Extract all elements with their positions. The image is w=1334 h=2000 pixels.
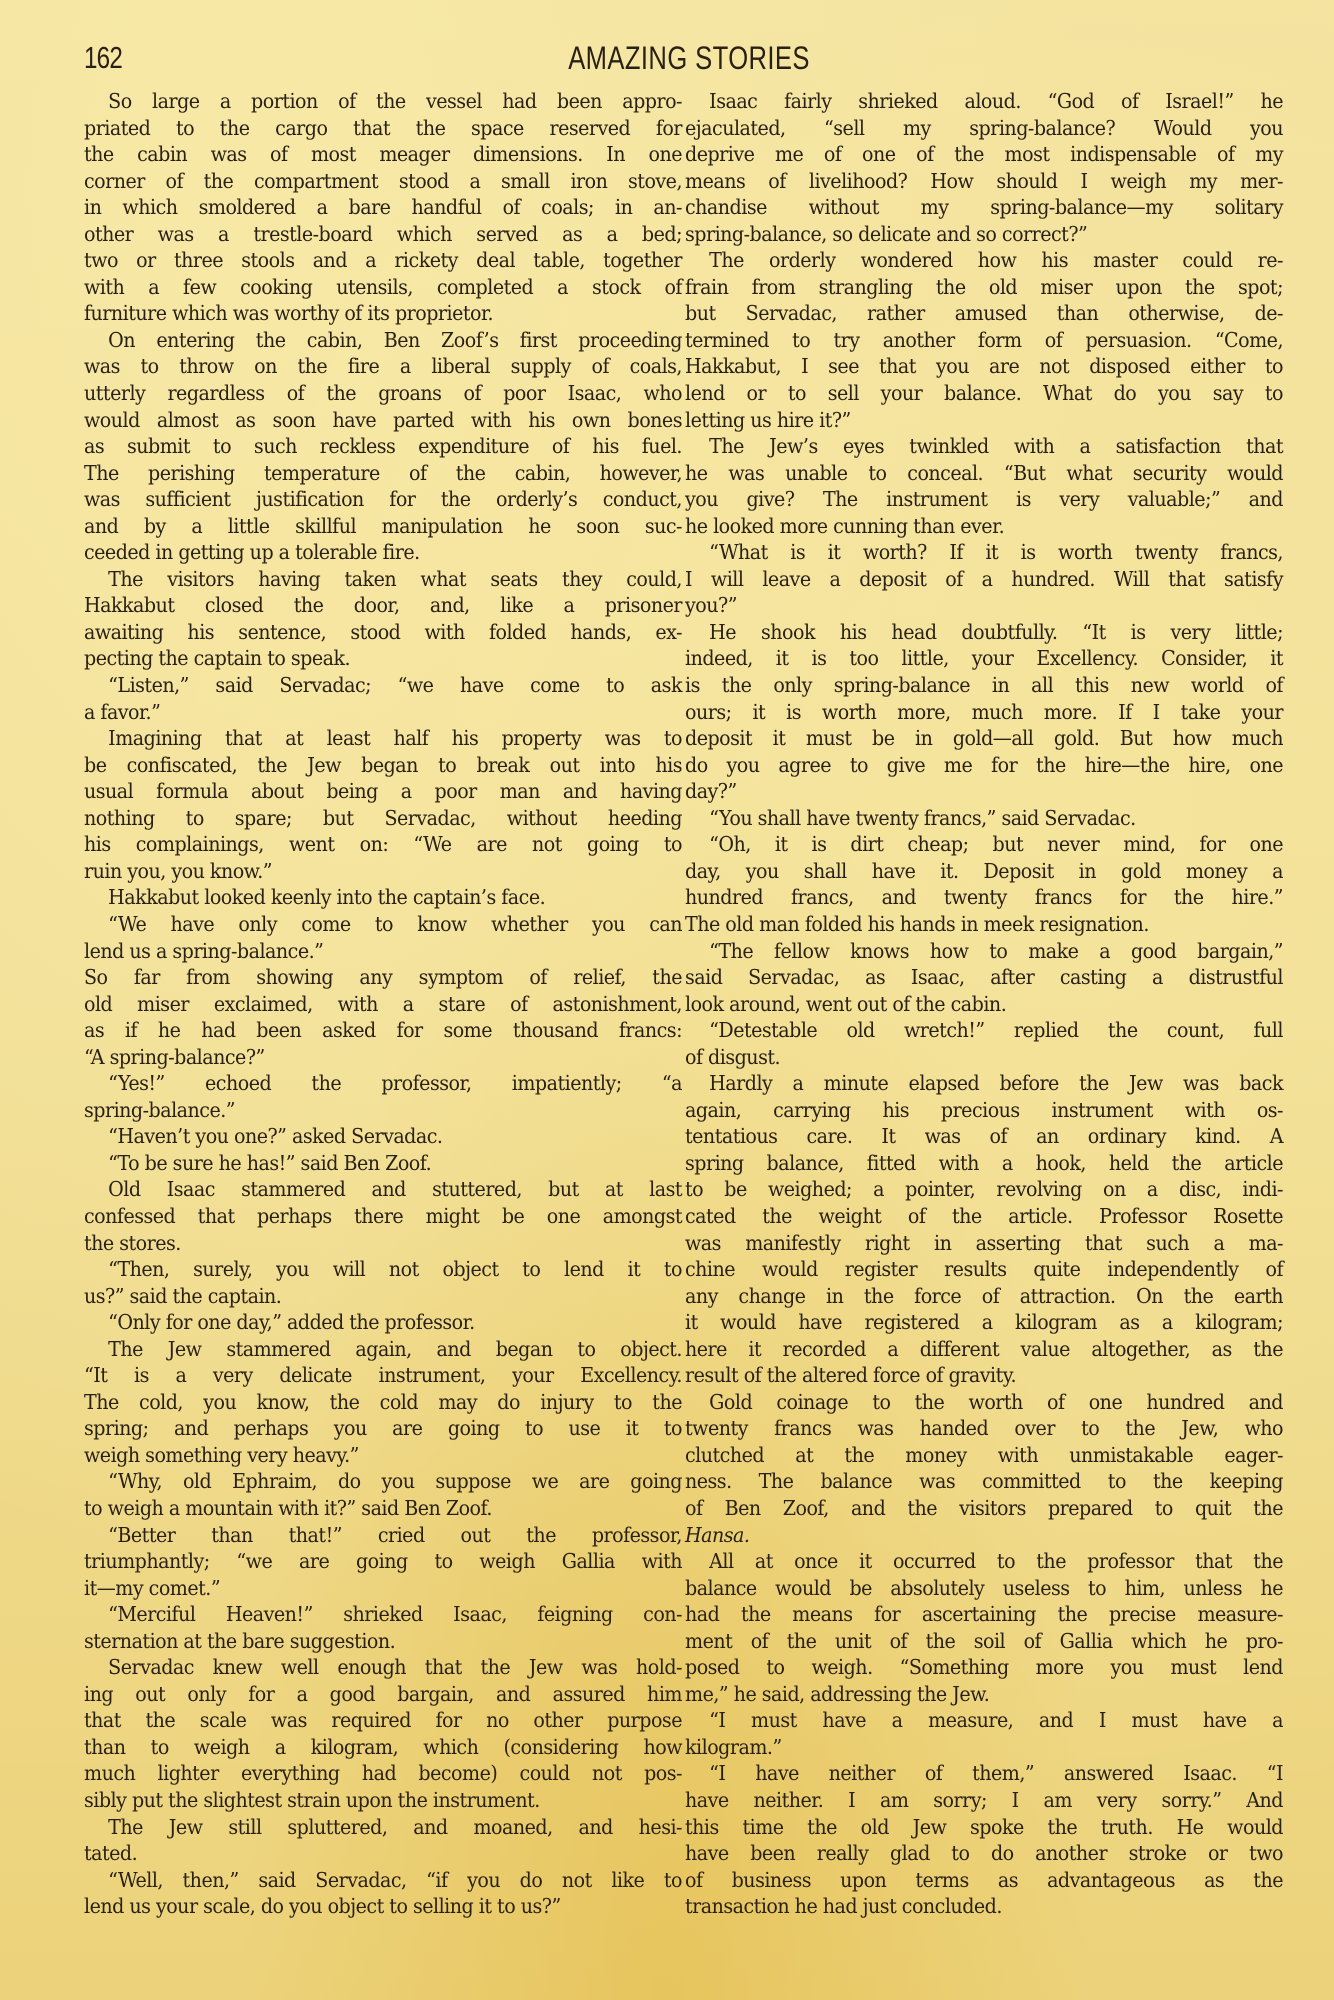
paragraph: Hardly a minute elapsed before the Jew w… [685, 1070, 1283, 1389]
text-line: He shook his head doubtfully. “It is ver… [685, 619, 1283, 646]
text-line: deposit it must be in gold—all gold. But… [685, 725, 1283, 752]
text-line: kilogram.” [685, 1734, 1283, 1761]
paragraph: “Well, then,” said Servadac, “if you do … [84, 1867, 682, 1920]
text-line: other was a trestle-board which served a… [84, 221, 682, 248]
text-line: two or three stools and a rickety deal t… [84, 247, 682, 274]
text-line: “I must have a measure, and I must have … [685, 1707, 1283, 1734]
text-line: with a few cooking utensils, completed a… [84, 274, 682, 301]
paragraph: Servadac knew well enough that the Jew w… [84, 1654, 682, 1813]
text-line: “Better than that!” cried out the profes… [84, 1522, 682, 1549]
text-line: the cabin was of most meager dimensions.… [84, 141, 682, 168]
text-line: lend us your scale, do you object to sel… [84, 1893, 682, 1920]
text-line: confessed that perhaps there might be on… [84, 1203, 682, 1230]
text-line: to weigh a mountain with it?” said Ben Z… [84, 1495, 682, 1522]
text-line: awaiting his sentence, stood with folded… [84, 619, 682, 646]
text-line: do you agree to give me for the hire—the… [685, 752, 1283, 779]
text-line: letting us hire it?” [685, 407, 1283, 434]
text-line: priated to the cargo that the space rese… [84, 115, 682, 142]
text-line: “A spring-balance?” [84, 1044, 682, 1071]
paragraph: “I must have a measure, and I must have … [685, 1707, 1283, 1760]
text-line: was manifestly right in asserting that s… [685, 1230, 1283, 1257]
text-line: All at once it occurred to the professor… [685, 1548, 1283, 1575]
text-line: pecting the captain to speak. [84, 645, 682, 672]
text-line: ours; it is worth more, much more. If I … [685, 699, 1283, 726]
paragraph: Gold coinage to the worth of one hundred… [685, 1389, 1283, 1548]
text-line: “We have only come to know whether you c… [84, 911, 682, 938]
paragraph: So large a portion of the vessel had bee… [84, 88, 682, 327]
text-line: and by a little skillful manipulation he… [84, 513, 682, 540]
text-line: of business upon terms as advantageous a… [685, 1867, 1283, 1894]
paragraph: “We have only come to know whether you c… [84, 911, 682, 964]
text-line: lend us a spring-balance.” [84, 938, 682, 965]
text-line: “The fellow knows how to make a good bar… [685, 938, 1283, 965]
text-line: furniture which was worthy of its propri… [84, 300, 682, 327]
text-line: Hardly a minute elapsed before the Jew w… [685, 1070, 1283, 1097]
text-line: Gold coinage to the worth of one hundred… [685, 1389, 1283, 1416]
text-line: day?” [685, 778, 1283, 805]
paragraph: The Jew’s eyes twinkled with a satisfact… [685, 433, 1283, 539]
text-line: spring-balance, so delicate and so corre… [685, 221, 1283, 248]
text-line: spring balance, fitted with a hook, held… [685, 1150, 1283, 1177]
text-line: again, carrying his precious instrument … [685, 1097, 1283, 1124]
text-line: means of livelihood? How should I weigh … [685, 168, 1283, 195]
text-line: “Yes!” echoed the professor, impatiently… [84, 1070, 682, 1097]
paragraph: “Why, old Ephraim, do you suppose we are… [84, 1468, 682, 1521]
text-line: frain from strangling the old miser upon… [685, 274, 1283, 301]
paragraph: Isaac fairly shrieked aloud. “God of Isr… [685, 88, 1283, 247]
text-line: “Why, old Ephraim, do you suppose we are… [84, 1468, 682, 1495]
paragraph: The orderly wondered how his master coul… [685, 247, 1283, 433]
magazine-page: 162 AMAZING STORIES So large a portion o… [0, 0, 1334, 2000]
text-line: Hakkabut looked keenly into the captain’… [84, 884, 682, 911]
text-line: Hansa. [685, 1522, 1283, 1549]
text-line: Imagining that at least half his propert… [84, 725, 682, 752]
text-line: The Jew’s eyes twinkled with a satisfact… [685, 433, 1283, 460]
text-line: us?” said the captain. [84, 1283, 682, 1310]
running-title: AMAZING STORIES [84, 40, 1294, 77]
text-line: as submit to such reckless expenditure o… [84, 433, 682, 460]
paragraph: “Haven’t you one?” asked Servadac. [84, 1123, 682, 1150]
text-line: Servadac knew well enough that the Jew w… [84, 1654, 682, 1681]
paragraph: Old Isaac stammered and stuttered, but a… [84, 1176, 682, 1256]
text-line: nothing to spare; but Servadac, without … [84, 805, 682, 832]
text-line: The visitors having taken what seats the… [84, 566, 682, 593]
text-line: “Listen,” said Servadac; “we have come t… [84, 672, 682, 699]
text-line: Old Isaac stammered and stuttered, but a… [84, 1176, 682, 1203]
text-line: deprive me of one of the most indispensa… [685, 141, 1283, 168]
text-line: be confiscated, the Jew began to break o… [84, 752, 682, 779]
text-line: have been really glad to do another stro… [685, 1840, 1283, 1867]
text-line: sibly put the slightest strain upon the … [84, 1787, 682, 1814]
paragraph: “You shall have twenty francs,” said Ser… [685, 805, 1283, 832]
text-line: “It is a very delicate instrument, your … [84, 1362, 682, 1389]
text-line: ruin you, you know.” [84, 858, 682, 885]
paragraph: “Then, surely, you will not object to le… [84, 1256, 682, 1309]
text-line: So large a portion of the vessel had bee… [84, 88, 682, 115]
text-line: “Oh, it is dirt cheap; but never mind, f… [685, 831, 1283, 858]
text-line: here it recorded a different value altog… [685, 1336, 1283, 1363]
text-line: So far from showing any symptom of relie… [84, 964, 682, 991]
text-line: transaction he had just concluded. [685, 1893, 1283, 1920]
text-line: he was unable to conceal. “But what secu… [685, 460, 1283, 487]
text-line: any change in the force of attraction. O… [685, 1283, 1283, 1310]
text-line: you?” [685, 592, 1283, 619]
text-line: said Servadac, as Isaac, after casting a… [685, 964, 1283, 991]
text-line: “Haven’t you one?” asked Servadac. [84, 1123, 682, 1150]
text-line: The Jew stammered again, and began to ob… [84, 1336, 682, 1363]
text-line: weigh something very heavy.” [84, 1442, 682, 1469]
paragraph: “I have neither of them,” answered Isaac… [685, 1760, 1283, 1919]
text-line: corner of the compartment stood a small … [84, 168, 682, 195]
text-line: than to weigh a kilogram, which (conside… [84, 1734, 682, 1761]
text-line: ceeded in getting up a tolerable fire. [84, 539, 682, 566]
text-line: of Ben Zoof, and the visitors prepared t… [685, 1495, 1283, 1522]
text-line: clutched at the money with unmistakable … [685, 1442, 1283, 1469]
text-line: ejaculated, “sell my spring-balance? Wou… [685, 115, 1283, 142]
text-line: “To be sure he has!” said Ben Zoof. [84, 1150, 682, 1177]
text-line: Hakkabut closed the door, and, like a pr… [84, 592, 682, 619]
text-line: ment of the unit of the soil of Gallia w… [685, 1628, 1283, 1655]
text-column-right: Isaac fairly shrieked aloud. “God of Isr… [685, 88, 1283, 1920]
text-line: spring-balance.” [84, 1097, 682, 1124]
text-line: The perishing temperature of the cabin, … [84, 460, 682, 487]
text-line: The orderly wondered how his master coul… [685, 247, 1283, 274]
text-line: of disgust. [685, 1044, 1283, 1071]
text-line: Isaac fairly shrieked aloud. “God of Isr… [685, 88, 1283, 115]
text-line: indeed, it is too little, your Excellenc… [685, 645, 1283, 672]
paragraph: “Only for one day,” added the professor. [84, 1309, 682, 1336]
text-line: ing out only for a good bargain, and ass… [84, 1681, 682, 1708]
text-line: had the means for ascertaining the preci… [685, 1601, 1283, 1628]
text-line: it would have registered a kilogram as a… [685, 1309, 1283, 1336]
text-line: “Well, then,” said Servadac, “if you do … [84, 1867, 682, 1894]
paragraph: The Jew still spluttered, and moaned, an… [84, 1814, 682, 1867]
text-line: to be weighed; a pointer, revolving on a… [685, 1176, 1283, 1203]
text-line: he looked more cunning than ever. [685, 513, 1283, 540]
text-line: “I have neither of them,” answered Isaac… [685, 1760, 1283, 1787]
text-line: this time the old Jew spoke the truth. H… [685, 1814, 1283, 1841]
text-line: cated the weight of the article. Profess… [685, 1203, 1283, 1230]
text-line: The old man folded his hands in meek res… [685, 911, 1283, 938]
text-line: but Servadac, rather amused than otherwi… [685, 300, 1283, 327]
running-header: 162 AMAZING STORIES [84, 40, 1294, 86]
magazine-title: AMAZING STORIES [568, 40, 810, 77]
paragraph: All at once it occurred to the professor… [685, 1548, 1283, 1707]
text-line: would almost as soon have parted with hi… [84, 407, 682, 434]
text-line: usual formula about being a poor man and… [84, 778, 682, 805]
text-line: chandise without my spring-balance—my so… [685, 194, 1283, 221]
text-line: spring; and perhaps you are going to use… [84, 1415, 682, 1442]
paragraph: So far from showing any symptom of relie… [84, 964, 682, 1070]
text-line: chine would register results quite indep… [685, 1256, 1283, 1283]
text-line: look around, went out of the cabin. [685, 991, 1283, 1018]
text-line: much lighter everything had become) coul… [84, 1760, 682, 1787]
paragraph: “What is it worth? If it is worth twenty… [685, 539, 1283, 619]
paragraph: “The fellow knows how to make a good bar… [685, 938, 1283, 1018]
text-line: termined to try another form of persuasi… [685, 327, 1283, 354]
paragraph: The visitors having taken what seats the… [84, 566, 682, 672]
text-line: as if he had been asked for some thousan… [84, 1017, 682, 1044]
text-line: you give? The instrument is very valuabl… [685, 486, 1283, 513]
paragraph: “Better than that!” cried out the profes… [84, 1522, 682, 1602]
paragraph: “Oh, it is dirt cheap; but never mind, f… [685, 831, 1283, 937]
text-line: Hakkabut, I see that you are not dispose… [685, 353, 1283, 380]
text-line: “What is it worth? If it is worth twenty… [685, 539, 1283, 566]
text-line: is the only spring-balance in all this n… [685, 672, 1283, 699]
text-line: twenty francs was handed over to the Jew… [685, 1415, 1283, 1442]
text-line: “Then, surely, you will not object to le… [84, 1256, 682, 1283]
text-line: ness. The balance was committed to the k… [685, 1468, 1283, 1495]
paragraph: Imagining that at least half his propert… [84, 725, 682, 884]
text-line: that the scale was required for no other… [84, 1707, 682, 1734]
text-line: balance would be absolutely useless to h… [685, 1575, 1283, 1602]
text-line: “You shall have twenty francs,” said Ser… [685, 805, 1283, 832]
text-line: sternation at the bare suggestion. [84, 1628, 682, 1655]
text-line: posed to weigh. “Something more you must… [685, 1654, 1283, 1681]
paragraph: “Yes!” echoed the professor, impatiently… [84, 1070, 682, 1123]
text-line: I will leave a deposit of a hundred. Wil… [685, 566, 1283, 593]
text-line: day, you shall have it. Deposit in gold … [685, 858, 1283, 885]
paragraph: “Detestable old wretch!” replied the cou… [685, 1017, 1283, 1070]
text-line: The cold, you know, the cold may do inju… [84, 1389, 682, 1416]
paragraph: On entering the cabin, Ben Zoof’s first … [84, 327, 682, 566]
text-line: his complainings, went on: “We are not g… [84, 831, 682, 858]
paragraph: The Jew stammered again, and began to ob… [84, 1336, 682, 1469]
text-line: On entering the cabin, Ben Zoof’s first … [84, 327, 682, 354]
text-line: utterly regardless of the groans of poor… [84, 380, 682, 407]
text-line: was to throw on the fire a liberal suppl… [84, 353, 682, 380]
text-line: old miser exclaimed, with a stare of ast… [84, 991, 682, 1018]
paragraph: “To be sure he has!” said Ben Zoof. [84, 1150, 682, 1177]
paragraph: Hakkabut looked keenly into the captain’… [84, 884, 682, 911]
text-line: The Jew still spluttered, and moaned, an… [84, 1814, 682, 1841]
text-line: triumphantly; “we are going to weigh Gal… [84, 1548, 682, 1575]
paragraph: “Listen,” said Servadac; “we have come t… [84, 672, 682, 725]
text-line: a favor.” [84, 699, 682, 726]
text-line: have neither. I am sorry; I am very sorr… [685, 1787, 1283, 1814]
text-line: lend or to sell your balance. What do yo… [685, 380, 1283, 407]
paragraph: He shook his head doubtfully. “It is ver… [685, 619, 1283, 805]
text-line: tated. [84, 1840, 682, 1867]
text-line: me,” he said, addressing the Jew. [685, 1681, 1283, 1708]
text-line: hundred francs, and twenty francs for th… [685, 884, 1283, 911]
paragraph: “Merciful Heaven!” shrieked Isaac, feign… [84, 1601, 682, 1654]
text-line: tentatious care. It was of an ordinary k… [685, 1123, 1283, 1150]
text-line: in which smoldered a bare handful of coa… [84, 194, 682, 221]
text-column-left: So large a portion of the vessel had bee… [84, 88, 682, 1920]
text-line: result of the altered force of gravity. [685, 1362, 1283, 1389]
text-line: “Detestable old wretch!” replied the cou… [685, 1017, 1283, 1044]
text-line: it—my comet.” [84, 1575, 682, 1602]
text-line: the stores. [84, 1230, 682, 1257]
text-line: “Only for one day,” added the professor. [84, 1309, 682, 1336]
text-line: “Merciful Heaven!” shrieked Isaac, feign… [84, 1601, 682, 1628]
text-line: was sufficient justification for the ord… [84, 486, 682, 513]
